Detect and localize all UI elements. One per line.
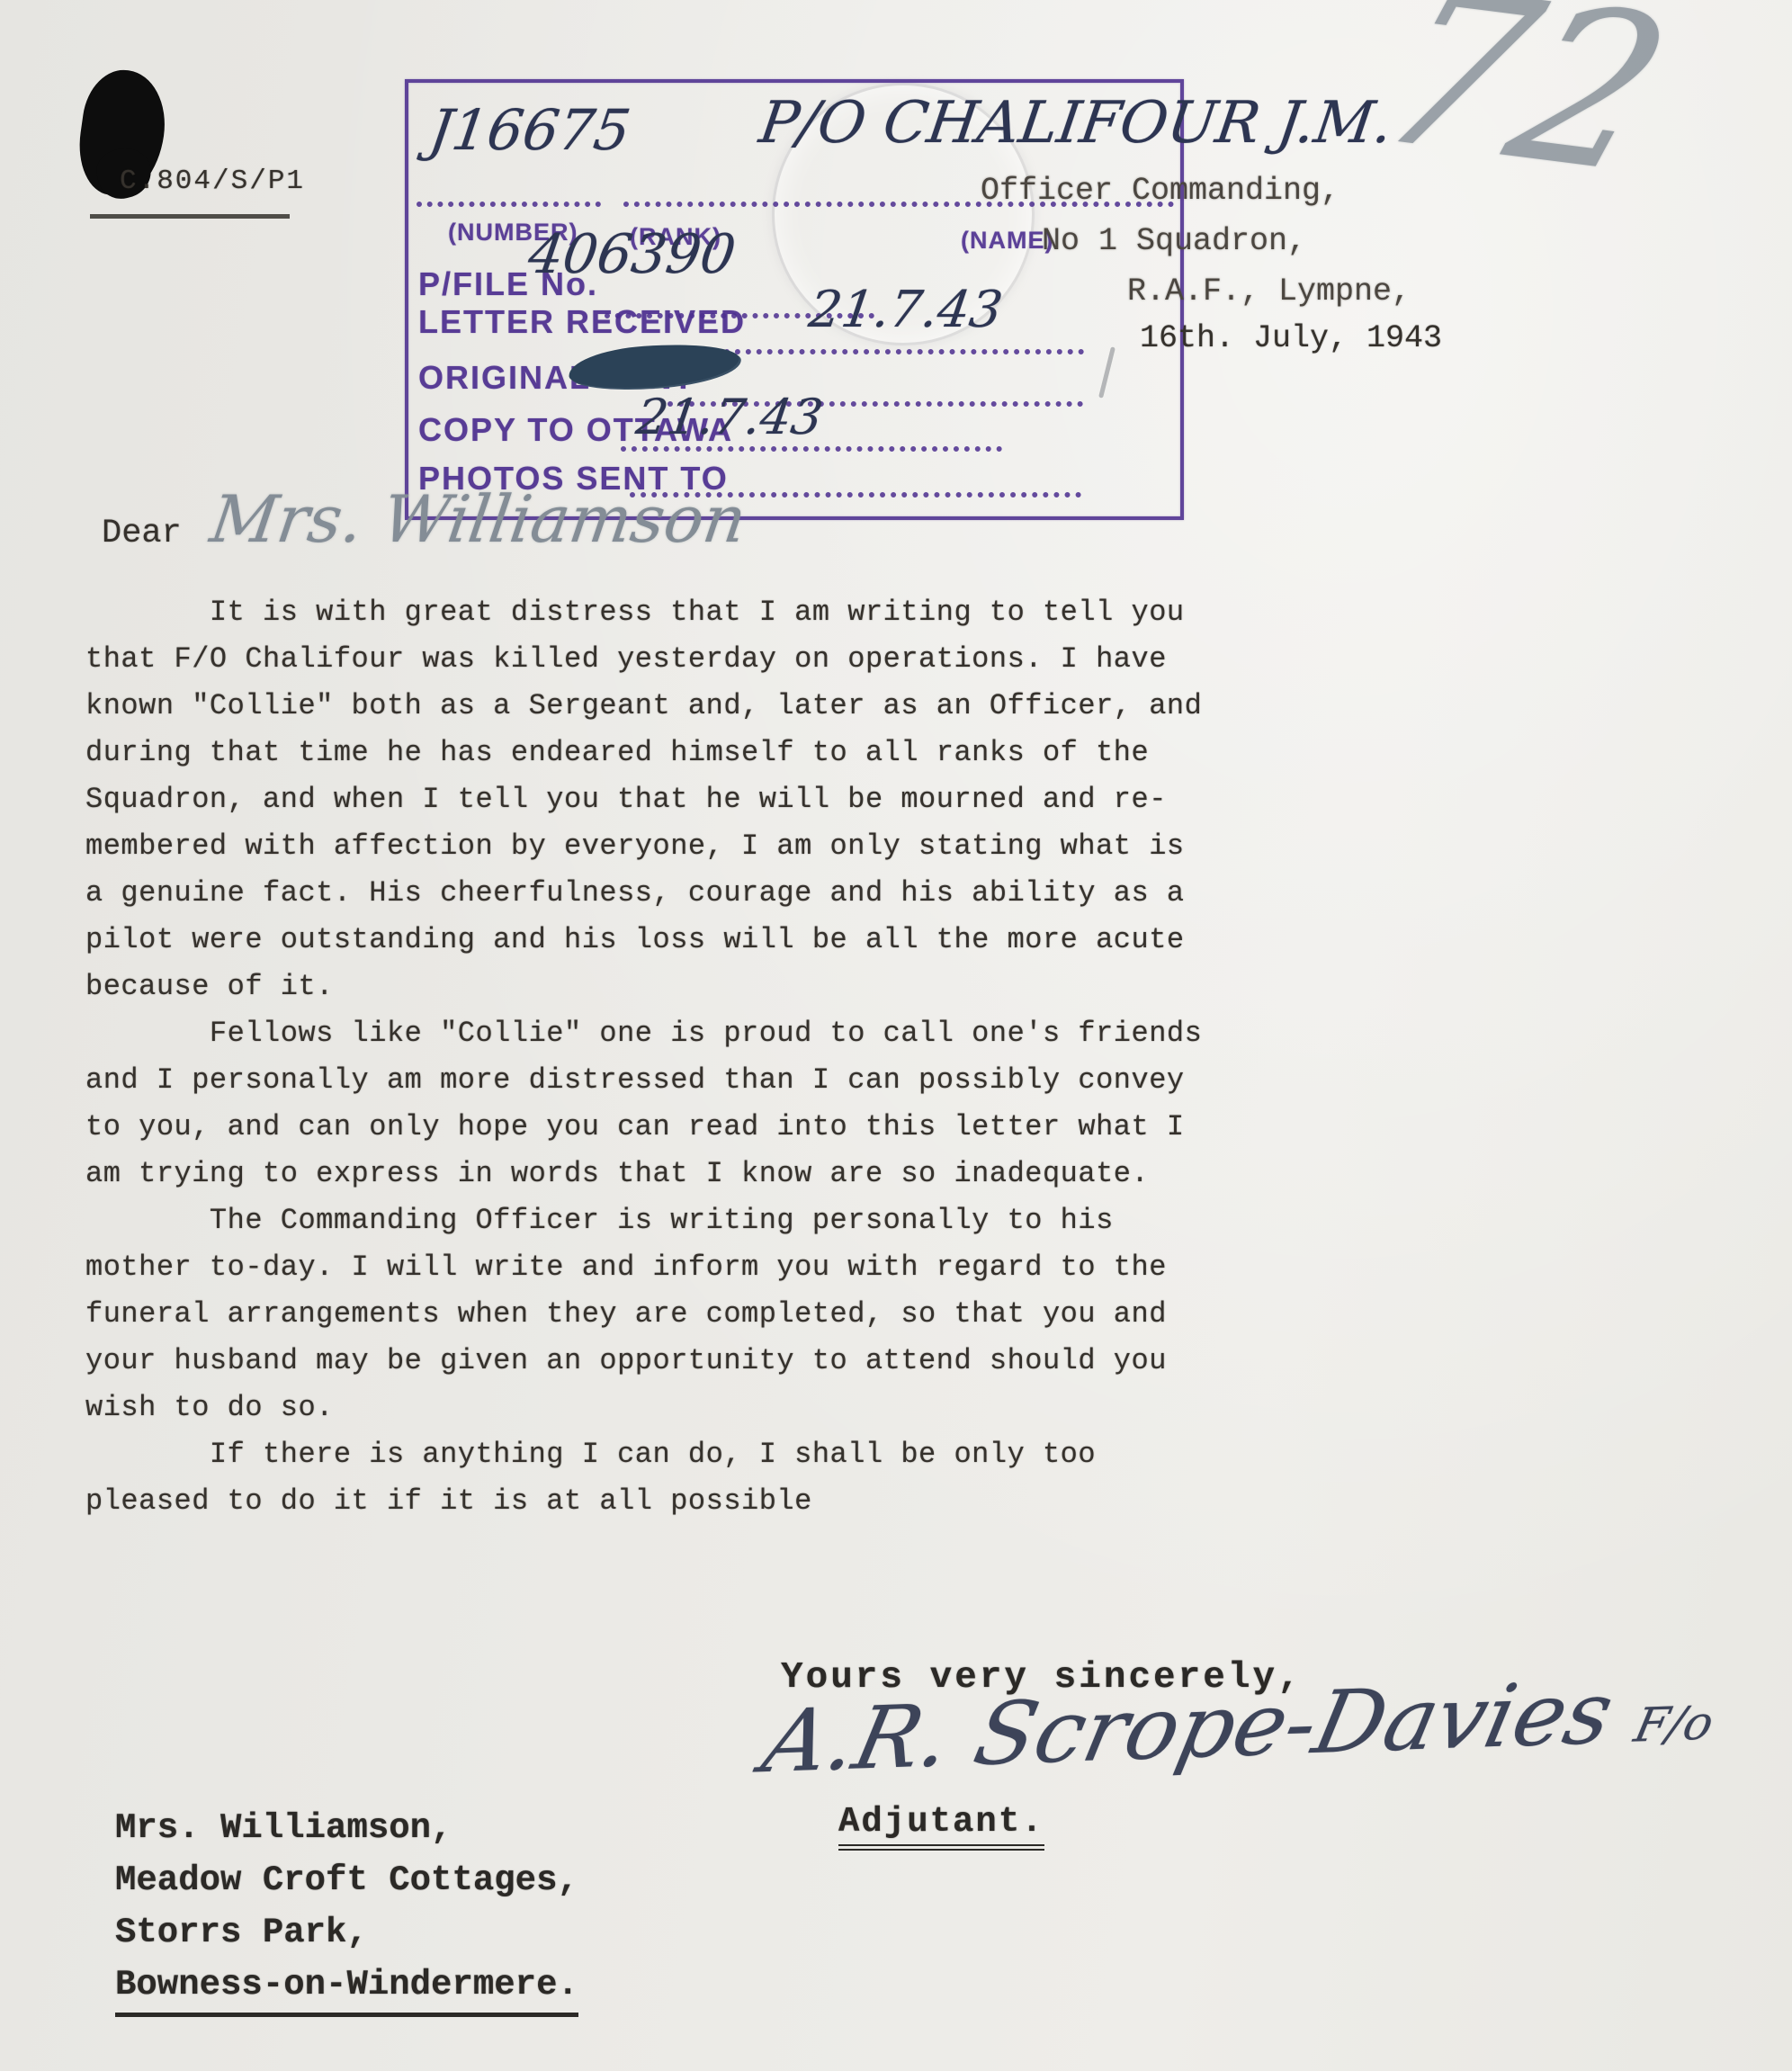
recipient-district: Storrs Park, xyxy=(115,1906,578,1959)
recipient-town: Bowness-on-Windermere. xyxy=(115,1959,578,2017)
body-paragraph-1: It is with great distress that I am writ… xyxy=(85,589,1219,1010)
recipient-name: Mrs. Williamson, xyxy=(115,1802,578,1854)
body-paragraph-3: The Commanding Officer is writing person… xyxy=(85,1197,1219,1431)
page-number: 72 xyxy=(1354,0,1696,220)
dotted-line-letter-received xyxy=(724,349,1084,354)
stamp-name-value: P/O CHALIFOUR J.M. xyxy=(756,90,1397,157)
salutation-typed: Dear xyxy=(102,515,182,552)
file-reference-underline xyxy=(90,214,290,219)
salutation-handwritten-name: Mrs. Williamson xyxy=(206,481,750,557)
letterhead-raf-station: R.A.F., Lympne, xyxy=(1127,273,1411,309)
recipient-address: Mrs. Williamson, Meadow Croft Cottages, … xyxy=(115,1802,578,2017)
stamp-letter-received-value: 21.7.43 xyxy=(805,281,1006,339)
dotted-line-number xyxy=(417,202,601,207)
stamp-number-value: J16675 xyxy=(426,97,634,163)
signatory-title: Adjutant. xyxy=(838,1802,1044,1851)
letterhead-date: 16th. July, 1943 xyxy=(1140,320,1442,356)
stamp-name-label: (NAME) xyxy=(961,227,1053,255)
signature-rank: F/o xyxy=(1630,1697,1718,1753)
scanned-letter-page: 72 C.804/S/P1 J16675 P/O CHALIFOUR J.M. … xyxy=(0,0,1792,2071)
stamp-copy-ottawa-value: 21.7.43 xyxy=(633,389,827,445)
letter-body: It is with great distress that I am writ… xyxy=(85,589,1219,1525)
stamp-pfile-value: 406390 xyxy=(524,223,739,286)
stamp-letter-received-label: LETTER RECEIVED xyxy=(418,303,746,341)
dotted-line-copy-ottawa xyxy=(621,446,1002,452)
recipient-street: Meadow Croft Cottages, xyxy=(115,1854,578,1906)
body-paragraph-4: If there is anything I can do, I shall b… xyxy=(85,1431,1219,1525)
file-reference: C.804/S/P1 xyxy=(120,166,305,197)
letterhead-officer-commanding: Officer Commanding, xyxy=(981,173,1340,209)
body-paragraph-2: Fellows like "Collie" one is proud to ca… xyxy=(85,1010,1219,1197)
letterhead-squadron: No 1 Squadron, xyxy=(1042,223,1306,259)
